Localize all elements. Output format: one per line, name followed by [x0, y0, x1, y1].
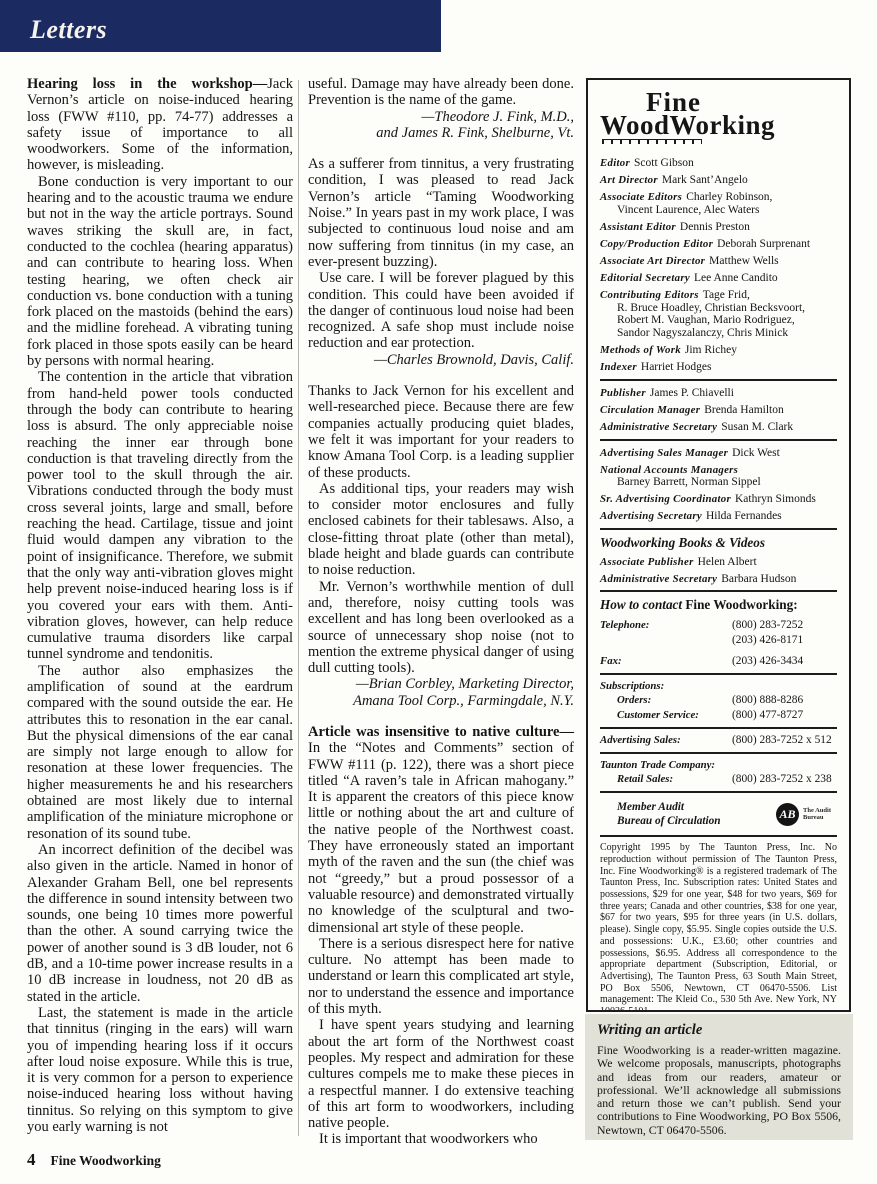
- masthead-entry-methods-of-work: Methods of WorkJim Richey: [600, 343, 837, 357]
- fine-woodworking-logo: Fine WoodWorking: [600, 92, 837, 146]
- member-audit-text: Member Audit Bureau of Circulation: [617, 800, 721, 828]
- masthead-entry-indexer: IndexerHarriet Hodges: [600, 360, 837, 374]
- page-number: 4: [27, 1150, 36, 1170]
- letter4-title: Article was insensitive to native cultur…: [308, 724, 574, 740]
- letter4-paragraph-3: I have spent years studying and learning…: [308, 1017, 574, 1131]
- orders-row: Orders:(800) 888-8286: [600, 694, 837, 707]
- letter3-signature-line2: Amana Tool Corp., Farmingdale, N.Y.: [308, 693, 574, 709]
- letter2-signature: —Charles Brownold, Davis, Calif.: [308, 352, 574, 368]
- letter1-paragraph-2: Bone conduction is very important to our…: [27, 174, 293, 370]
- masthead-entry-associate-publisher: Associate PublisherHelen Albert: [600, 555, 837, 569]
- page-footer: 4 Fine Woodworking: [27, 1150, 161, 1170]
- masthead-entry-publisher: PublisherJames P. Chiavelli: [600, 386, 837, 400]
- masthead-rule: [600, 439, 837, 441]
- masthead-entry-editorial-secretary: Editorial SecretaryLee Anne Candito: [600, 271, 837, 285]
- how-to-contact-title: How to contact Fine Woodworking:: [600, 597, 837, 613]
- masthead-rule: [600, 752, 837, 754]
- books-videos-title: Woodworking Books & Videos: [600, 535, 837, 551]
- audit-bureau-logo: AB The Audit Bureau: [776, 803, 835, 826]
- masthead-entry-associate-art-director: Associate Art DirectorMatthew Wells: [600, 254, 837, 268]
- logo-line2: WoodWorking: [600, 112, 837, 139]
- telephone-row: Telephone:(800) 283-7252: [600, 619, 837, 632]
- masthead-rule: [600, 379, 837, 381]
- masthead-rule: [600, 727, 837, 729]
- advertising-sales-row: Advertising Sales:(800) 283-7252 x 512: [600, 734, 837, 747]
- masthead-rule: [600, 835, 837, 837]
- letter1-signature-line2: and James R. Fink, Shelburne, Vt.: [308, 125, 574, 141]
- letter4-paragraph-4: It is important that woodworkers who: [308, 1131, 574, 1147]
- letter3-paragraph-2: As additional tips, your readers may wis…: [308, 481, 574, 579]
- masthead-rule: [600, 590, 837, 592]
- letter2-paragraph-1: As a sufferer from tinnitus, a very frus…: [308, 156, 574, 270]
- dovetail-ticks-icon: [602, 139, 702, 146]
- letter3-paragraph-3: Mr. Vernon’s worthwhile mention of dull …: [308, 579, 574, 677]
- member-audit-row: Member Audit Bureau of Circulation AB Th…: [600, 798, 837, 830]
- taunton-trade-row: Taunton Trade Company:: [600, 759, 837, 772]
- letter1-paragraph-3: The contention in the article that vibra…: [27, 369, 293, 662]
- writing-article-body: Fine Woodworking is a reader-written mag…: [597, 1044, 841, 1137]
- masthead-entry-advertising-secretary: Advertising SecretaryHilda Fernandes: [600, 509, 837, 523]
- column-left: Hearing loss in the workshop—Jack Vernon…: [27, 76, 293, 1135]
- telephone-row-2: (203) 426-8171: [600, 634, 837, 647]
- magazine-name: Fine Woodworking: [51, 1153, 161, 1169]
- masthead-entry-books-administrative-secretary: Administrative SecretaryBarbara Hudson: [600, 572, 837, 586]
- letter1-continuation: useful. Damage may have already been don…: [308, 76, 574, 109]
- letter3-signature-line1: —Brian Corbley, Marketing Director,: [308, 676, 574, 692]
- letter1-paragraph-6: Last, the statement is made in the artic…: [27, 1005, 293, 1135]
- letter2-paragraph-2: Use care. I will be forever plagued by t…: [308, 270, 574, 351]
- letter4-paragraph-1: Article was insensitive to native cultur…: [308, 724, 574, 936]
- masthead-rule: [600, 528, 837, 530]
- letter4-paragraph-2: There is a serious disrespect here for n…: [308, 936, 574, 1017]
- masthead-rule: [600, 673, 837, 675]
- masthead-entry-art-director: Art DirectorMark Sant’Angelo: [600, 173, 837, 187]
- letter1-title: Hearing loss in the workshop—: [27, 76, 267, 92]
- writing-article-title: Writing an article: [597, 1022, 841, 1039]
- subscriptions-row: Subscriptions:: [600, 680, 837, 693]
- fax-row: Fax:(203) 426-3434: [600, 655, 837, 668]
- column-middle: useful. Damage may have already been don…: [308, 76, 574, 1148]
- audit-bureau-label: The Audit Bureau: [803, 807, 835, 822]
- masthead-entry-advertising-sales-manager: Advertising Sales ManagerDick West: [600, 446, 837, 460]
- masthead-entry-administrative-secretary: Administrative SecretarySusan M. Clark: [600, 420, 837, 434]
- letter4-p1-text: In the “Notes and Comments” section of F…: [308, 740, 574, 935]
- page-title: Letters: [30, 15, 107, 45]
- customer-service-row: Customer Service:(800) 477-8727: [600, 709, 837, 722]
- writing-article-box: Writing an article Fine Woodworking is a…: [585, 1014, 853, 1140]
- letter1-paragraph-4: The author also emphasizes the amplifica…: [27, 663, 293, 842]
- masthead-entry-copy-production-editor: Copy/Production EditorDeborah Surprenant: [600, 237, 837, 251]
- masthead-entry-contributing-editors: Contributing EditorsTage Frid, R. Bruce …: [600, 288, 837, 339]
- audit-bureau-icon: AB: [776, 803, 799, 826]
- letter1-paragraph-5: An incorrect definition of the decibel w…: [27, 842, 293, 1005]
- masthead-entry-associate-editors: Associate EditorsCharley Robinson, Vince…: [600, 190, 837, 216]
- retail-sales-row: Retail Sales:(800) 283-7252 x 238: [600, 773, 837, 786]
- letter3-paragraph-1: Thanks to Jack Vernon for his excellent …: [308, 383, 574, 481]
- letter1-paragraph-1: Hearing loss in the workshop—Jack Vernon…: [27, 76, 293, 174]
- masthead-box: Fine WoodWorking EditorScott Gibson Art …: [586, 78, 851, 1012]
- section-header-bar: Letters: [0, 0, 441, 52]
- column-divider: [298, 80, 299, 1136]
- masthead-entry-editor: EditorScott Gibson: [600, 156, 837, 170]
- masthead-entry-circulation-manager: Circulation ManagerBrenda Hamilton: [600, 403, 837, 417]
- copyright-notice: Copyright 1995 by The Taunton Press, Inc…: [600, 842, 837, 1012]
- masthead-entry-assistant-editor: Assistant EditorDennis Preston: [600, 220, 837, 234]
- letter1-signature-line1: —Theodore J. Fink, M.D.,: [308, 109, 574, 125]
- masthead-entry-sr-advertising-coordinator: Sr. Advertising CoordinatorKathryn Simon…: [600, 492, 837, 506]
- magazine-page: Letters Hearing loss in the workshop—Jac…: [0, 0, 877, 1184]
- masthead-rule: [600, 791, 837, 793]
- masthead-entry-national-accounts-managers: National Accounts Managers Barney Barret…: [600, 463, 837, 489]
- logo-line1: Fine: [646, 92, 837, 112]
